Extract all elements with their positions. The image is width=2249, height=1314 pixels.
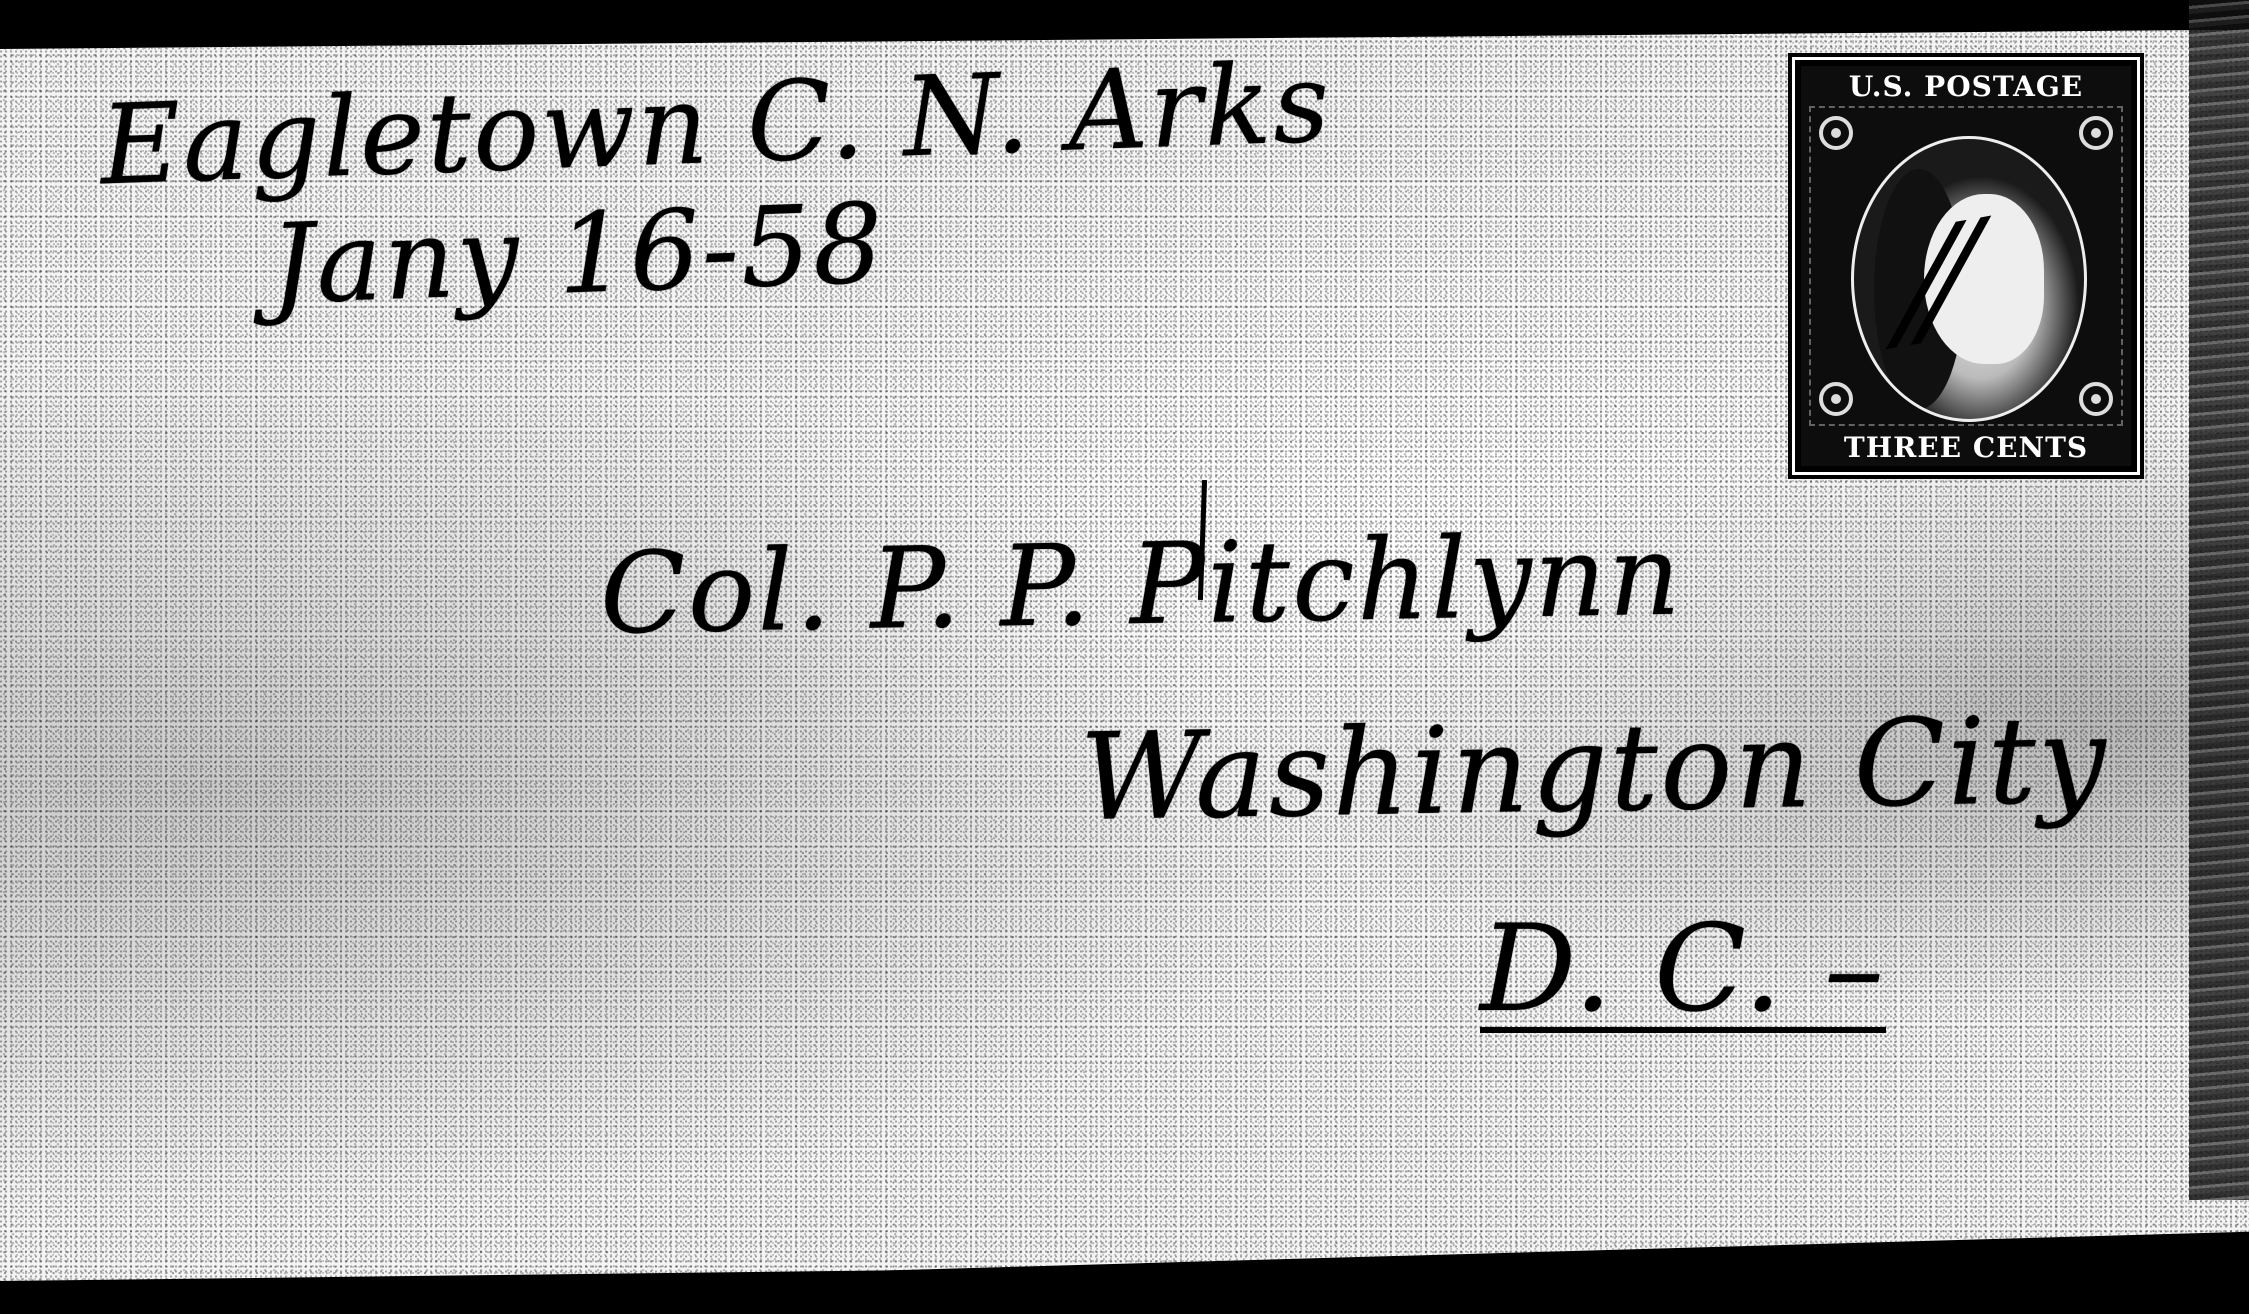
rosette-icon bbox=[2079, 116, 2113, 150]
stamp-portrait-oval: ⁄⁄ bbox=[1851, 136, 2087, 422]
stamp-bottom-text: THREE CENTS bbox=[1811, 431, 2121, 464]
addressee-name: Col. P. P. Pitchlynn bbox=[599, 511, 1683, 660]
addressee-city: Washington City bbox=[1079, 691, 2109, 848]
stamp-top-text: U.S. POSTAGE bbox=[1811, 70, 2121, 103]
postage-stamp: U.S. POSTAGE ⁄⁄ THREE CENTS bbox=[1795, 60, 2137, 472]
addressee-state: D. C. – bbox=[1480, 900, 1886, 1039]
rosette-icon bbox=[1819, 382, 1853, 416]
rosette-icon bbox=[1819, 116, 1853, 150]
scan-edge-right bbox=[2189, 0, 2249, 1200]
state-underline bbox=[1480, 1027, 1886, 1033]
rosette-icon bbox=[2079, 382, 2113, 416]
sender-date-annotation: Jany 16-58 bbox=[268, 179, 887, 328]
addressee-state-text: D. C. – bbox=[1480, 900, 1886, 1039]
